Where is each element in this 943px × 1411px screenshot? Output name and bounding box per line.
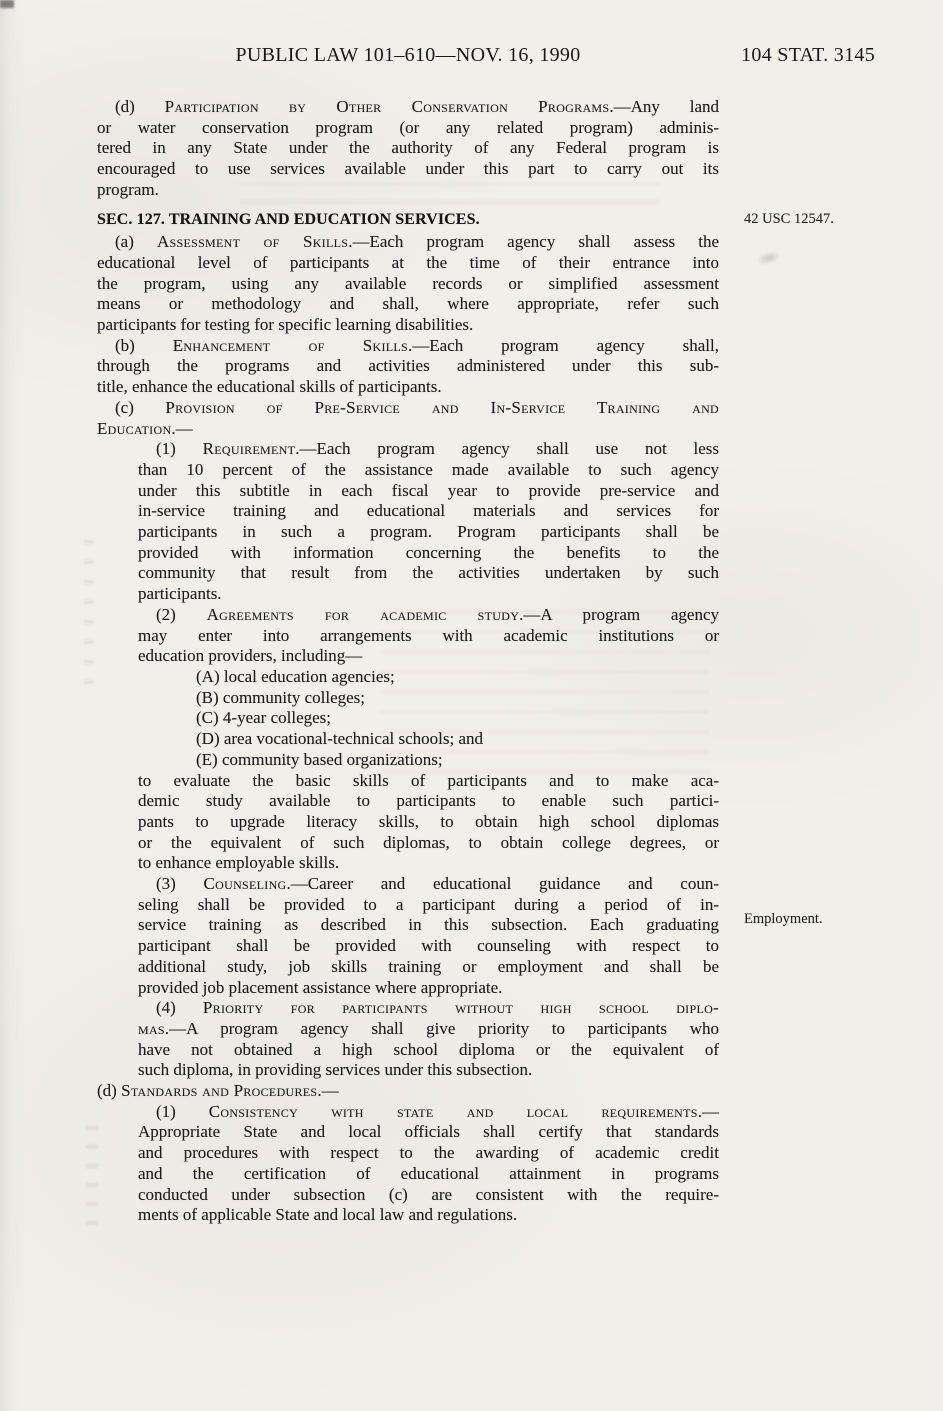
scan-artifact bbox=[0, 0, 14, 8]
sec-127-heading: SEC. 127. TRAINING AND EDUCATION SERVICE… bbox=[97, 210, 719, 231]
text-line: seling shall be provided to a participan… bbox=[97, 895, 719, 916]
text-line: (d) Standards and Procedures.— bbox=[97, 1081, 719, 1102]
text-line: (C) 4-year colleges; bbox=[97, 708, 719, 729]
text-line: in-service training and educational mate… bbox=[97, 501, 719, 522]
text-line: the program, using any available records… bbox=[97, 274, 719, 295]
text-line: or water conservation program (or any re… bbox=[97, 118, 719, 139]
text-line: encouraged to use services available und… bbox=[97, 159, 719, 180]
text-line: may enter into arrangements with academi… bbox=[97, 626, 719, 647]
text-line: participants in such a program. Program … bbox=[97, 522, 719, 543]
text-line: community that result from the activitie… bbox=[97, 563, 719, 584]
text-line: service training as described in this su… bbox=[97, 915, 719, 936]
text-line: SEC. 127. TRAINING AND EDUCATION SERVICE… bbox=[97, 210, 719, 231]
subsection-d-participation: (d) Participation by Other Conservation … bbox=[97, 97, 719, 201]
text-line: (E) community based organizations; bbox=[97, 750, 719, 771]
text-line: and procedures with respect to the award… bbox=[97, 1143, 719, 1164]
scan-artifact bbox=[755, 248, 783, 267]
subsection-a-assessment: (a) Assessment of Skills.—Each program a… bbox=[97, 232, 719, 336]
text-line: such diploma, in providing services unde… bbox=[97, 1060, 719, 1081]
text-line: (D) area vocational-technical schools; a… bbox=[97, 729, 719, 750]
running-header-title: PUBLIC LAW 101–610—NOV. 16, 1990 bbox=[97, 44, 719, 67]
text-line: to evaluate the basic skills of particip… bbox=[97, 771, 719, 792]
paragraph-1-consistency: (1) Consistency with state and local req… bbox=[97, 1102, 719, 1226]
stat-page-number: 104 STAT. 3145 bbox=[741, 44, 875, 67]
text-line: mas.—A program agency shall give priorit… bbox=[97, 1019, 719, 1040]
text-line: (3) Counseling.—Career and educational g… bbox=[97, 874, 719, 895]
text-line: means or methodology and shall, where ap… bbox=[97, 294, 719, 315]
text-line: or the equivalent of such diplomas, to o… bbox=[97, 833, 719, 854]
text-line: (4) Priority for participants without hi… bbox=[97, 998, 719, 1019]
text-line: Appropriate State and local officials sh… bbox=[97, 1122, 719, 1143]
text-line: (b) Enhancement of Skills.—Each program … bbox=[97, 336, 719, 357]
text-line: have not obtained a high school diploma … bbox=[97, 1040, 719, 1061]
text-line: through the programs and activities admi… bbox=[97, 356, 719, 377]
text-line: additional study, job skills training or… bbox=[97, 957, 719, 978]
paragraph-4-priority: (4) Priority for participants without hi… bbox=[97, 998, 719, 1081]
text-line: tered in any State under the authority o… bbox=[97, 138, 719, 159]
text-line: participants for testing for specific le… bbox=[97, 315, 719, 336]
text-line: under this subtitle in each fiscal year … bbox=[97, 481, 719, 502]
text-line: (B) community colleges; bbox=[97, 688, 719, 709]
text-line: (A) local education agencies; bbox=[97, 667, 719, 688]
subsection-b-enhancement: (b) Enhancement of Skills.—Each program … bbox=[97, 336, 719, 398]
scanned-statute-page: PUBLIC LAW 101–610—NOV. 16, 1990 104 STA… bbox=[0, 0, 943, 1411]
text-line: (2) Agreements for academic study.—A pro… bbox=[97, 605, 719, 626]
text-line: and the certification of educational att… bbox=[97, 1164, 719, 1185]
list-academic-providers: (A) local education agencies;(B) communi… bbox=[97, 667, 719, 771]
text-line: provided with information concerning the… bbox=[97, 543, 719, 564]
text-line: program. bbox=[97, 180, 719, 201]
paragraph-2-continuation: to evaluate the basic skills of particip… bbox=[97, 771, 719, 875]
subsection-c-provision-heading: (c) Provision of Pre-Service and In-Serv… bbox=[97, 398, 719, 439]
text-line: participant shall be provided with couns… bbox=[97, 936, 719, 957]
text-line: education providers, including— bbox=[97, 646, 719, 667]
text-line: educational level of participants at the… bbox=[97, 253, 719, 274]
margin-note-usc-citation: 42 USC 12547. bbox=[744, 211, 904, 228]
text-line: title, enhance the educational skills of… bbox=[97, 377, 719, 398]
text-line: provided job placement assistance where … bbox=[97, 978, 719, 999]
text-line: participants. bbox=[97, 584, 719, 605]
text-line: demic study available to participants to… bbox=[97, 791, 719, 812]
text-line: (d) Participation by Other Conservation … bbox=[97, 97, 719, 118]
scan-artifact bbox=[84, 540, 94, 700]
text-line: conducted under subsection (c) are consi… bbox=[97, 1185, 719, 1206]
text-line: pants to upgrade literacy skills, to obt… bbox=[97, 812, 719, 833]
subsection-d-standards-heading: (d) Standards and Procedures.— bbox=[97, 1081, 719, 1102]
paragraph-3-counseling: (3) Counseling.—Career and educational g… bbox=[97, 874, 719, 998]
text-line: (c) Provision of Pre-Service and In-Serv… bbox=[97, 398, 719, 419]
paragraph-2-agreements: (2) Agreements for academic study.—A pro… bbox=[97, 605, 719, 667]
text-line: to enhance employable skills. bbox=[97, 853, 719, 874]
margin-note-employment: Employment. bbox=[744, 911, 904, 928]
text-line: (a) Assessment of Skills.—Each program a… bbox=[97, 232, 719, 253]
text-column: (d) Participation by Other Conservation … bbox=[97, 97, 719, 1226]
text-line: than 10 percent of the assistance made a… bbox=[97, 460, 719, 481]
text-line: (1) Requirement.—Each program agency sha… bbox=[97, 439, 719, 460]
text-line: ments of applicable State and local law … bbox=[97, 1205, 719, 1226]
text-line: Education.— bbox=[97, 419, 719, 440]
text-line: (1) Consistency with state and local req… bbox=[97, 1102, 719, 1123]
paragraph-1-requirement: (1) Requirement.—Each program agency sha… bbox=[97, 439, 719, 605]
